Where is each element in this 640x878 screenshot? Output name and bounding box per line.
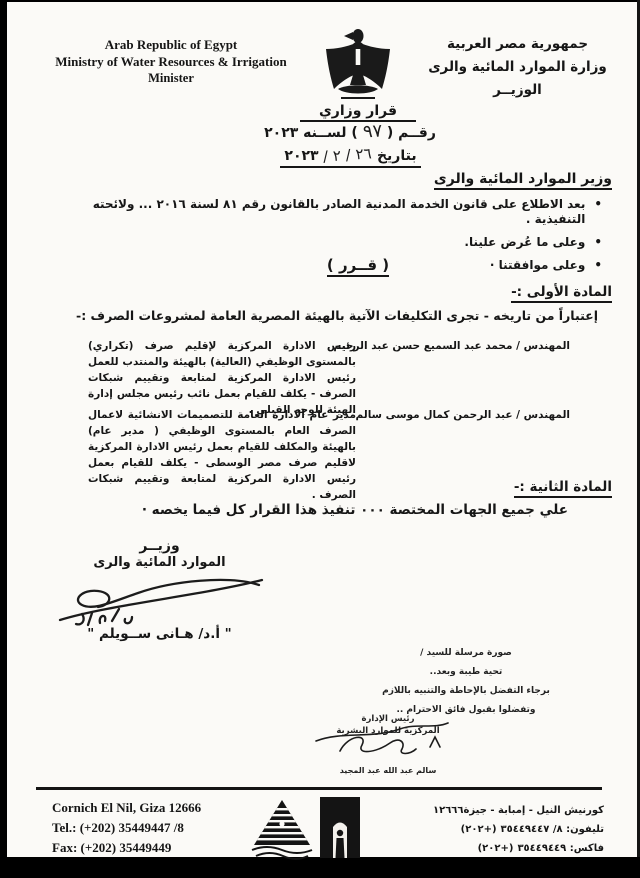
bullet-dot-icon: • (594, 197, 602, 212)
footer-ar-tel: تليفون: ٨/ ٣٥٤٤٩٤٤٧ (٢٠٢+) (433, 820, 604, 839)
decree-date-value: ٢٦ / ٢ / (323, 144, 373, 165)
decree-date-year: ٢٠٢٣ (284, 148, 318, 164)
minister-signature-block: وزيــر الموارد المائية والرى " أ.د/ هـان… (52, 538, 267, 642)
footer-ar-tel-code: (٢٠٢+) (461, 820, 497, 839)
scan-edge-top (0, 0, 640, 2)
cc-line: تحية طيبة وبعد.. (368, 663, 564, 682)
bullet-text: وعلى ما عُرض علينا. (464, 235, 585, 250)
assignment-row: المهندس / محمد عبد السميع حسن عبد الرحيم… (88, 338, 570, 418)
minister-signature-icon (54, 572, 266, 630)
header-ar-minister: الوزيــر (415, 79, 620, 102)
footer-en-address: Cornich El Nil, Giza 12666 (52, 798, 201, 818)
assignment-description: رئيس الادارة المركزية لإقليم صرف (تكراري… (88, 338, 356, 418)
article-2-text: علي جميع الجهات المختصة ٠٠٠ تنفيذ هذا ال… (142, 502, 568, 518)
header-en-ministry: Ministry of Water Resources & Irrigation (46, 53, 296, 70)
assignee-name: المهندس / محمد عبد السميع حسن عبد الرحيم (370, 338, 570, 418)
minister-signature-title: وزيــر (52, 538, 267, 554)
bullet-text: بعد الاطلاع على قانون الخدمة المدنية الص… (77, 197, 585, 227)
bullet-text: وعلى موافقتنا · (490, 258, 585, 273)
bullet-item: • وعلى ما عُرض علينا. (77, 235, 602, 250)
article-1-heading: المادة الأولى :- (511, 284, 612, 300)
article-1-heading-text: المادة الأولى :- (511, 284, 612, 303)
footer-ar-fax-label: فاكس: ٣٥٤٤٩٤٤٩ (517, 839, 604, 858)
assignment-row: المهندس / عبد الرحمن كمال موسى سالم مدير… (88, 407, 570, 503)
footer-en-tel: Tel.: (+202) 35449447 /8 (52, 818, 201, 838)
scan-edge-bottom (0, 857, 640, 878)
footer-divider (36, 787, 602, 790)
document-page: Arab Republic of Egypt Ministry of Water… (0, 0, 640, 878)
article-2-heading: المادة الثانية :- (514, 479, 612, 495)
minister-name: " أ.د/ هـانى ســويلم " (52, 626, 267, 642)
cc-line: صورة مرسلة للسيد / (368, 644, 564, 663)
decision-word-text: ( قــرر ) (327, 256, 389, 277)
header-ar-country: جمهورية مصر العربية (415, 33, 620, 56)
scan-edge-left (0, 0, 7, 878)
minister-heading-text: وزير الموارد المائية والرى (434, 171, 612, 190)
footer-ar-address-text: كورنيش النيل - إمبابة - جيزة١٢٦٦٦ (433, 801, 604, 820)
footer-en-fax: Fax: (+202) 35449449 (52, 838, 201, 858)
footer-ar-fax: فاكس: ٣٥٤٤٩٤٤٩ (٢٠٢+) (433, 839, 604, 858)
minister-signature-subtitle: الموارد المائية والرى (52, 555, 267, 570)
cc-block: صورة مرسلة للسيد / تحية طيبة وبعد.. برجا… (368, 644, 564, 720)
footer-ar-fax-code: (٢٠٢+) (478, 839, 514, 858)
decision-word: ( قــرر ) (253, 256, 463, 274)
header-ar-ministry: وزارة الموارد المائية والرى (415, 56, 620, 79)
footer-ar-address: كورنيش النيل - إمبابة - جيزة١٢٦٦٦ (433, 801, 604, 820)
bullet-item: • بعد الاطلاع على قانون الخدمة المدنية ا… (77, 197, 602, 227)
egypt-eagle-icon (318, 27, 398, 105)
statue-logo-icon (320, 797, 360, 858)
header-arabic: جمهورية مصر العربية وزارة الموارد المائي… (415, 33, 620, 102)
header-english: Arab Republic of Egypt Ministry of Water… (46, 36, 296, 87)
header-en-country: Arab Republic of Egypt (46, 36, 296, 53)
footer-ar-tel-label: تليفون: ٨/ ٣٥٤٤٩٤٤٧ (501, 820, 604, 839)
decree-number-suffix: ) لســنه ٢٠٢٣ (264, 125, 358, 141)
decree-number-value: ٩٧ (362, 120, 383, 142)
article-2-heading-text: المادة الثانية :- (514, 479, 612, 498)
hr-name: سالم عبد الله عبد المجيد (324, 765, 452, 777)
assignment-description: مدير عام الادارة العامة للتصميمات الانشا… (88, 407, 356, 503)
pyramid-logo-icon (250, 799, 314, 861)
decree-number-prefix: رقــم ( (387, 125, 436, 141)
decree-date-label: بتاريخ (377, 148, 417, 164)
hr-signature-block: رئيس الإدارة المركزية للموارد البشرية سا… (324, 713, 452, 777)
header-en-minister: Minister (46, 70, 296, 87)
cc-line: برجاء التفضل بالإحاطة والتنبيه باللازم (368, 682, 564, 701)
footer-address-arabic: كورنيش النيل - إمبابة - جيزة١٢٦٦٦ تليفون… (433, 801, 604, 858)
bullet-dot-icon: • (594, 258, 602, 273)
footer-address-english: Cornich El Nil, Giza 12666 Tel.: (+202) … (52, 798, 201, 858)
decree-title: قرار وزاري (300, 103, 416, 122)
minister-heading: وزير الموارد المائية والرى (434, 171, 612, 187)
bullet-dot-icon: • (594, 235, 602, 250)
decree-number-line: رقــم ( ٩٧ ) لســنه ٢٠٢٣ (225, 121, 475, 142)
decree-date-line: بتاريخ ٢٦ / ٢ / ٢٠٢٣ (243, 146, 458, 168)
article-1-intro: إعتباراً من تاريخه - تجرى التكليفات الآت… (76, 308, 598, 323)
